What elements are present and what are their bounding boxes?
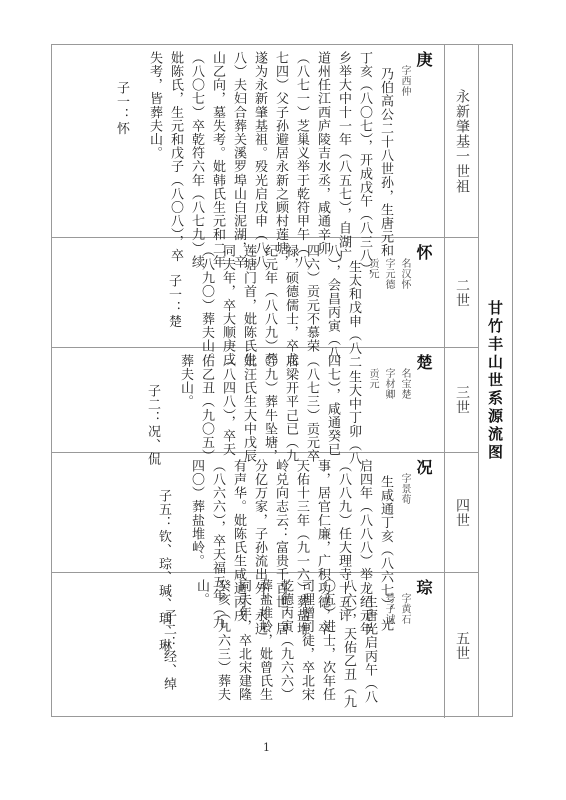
sons-list: 子一：楚 <box>163 244 184 341</box>
biography-line: 分亿万家，子孙流出外，永远 <box>249 459 270 566</box>
person-given-name: 名汉怀 <box>396 244 412 341</box>
biography-line: 八六），天佑乙丑（九 <box>338 579 359 712</box>
genealogy-table: 甘竹丰山世系源流图 永新肇基一世祖 庚 字西仲 乃伯高公二十八世孙，生唐元和 丁… <box>51 44 513 717</box>
page-number: 1 <box>263 741 270 754</box>
biography-line: 佑乙丑（九〇五） <box>196 354 217 446</box>
biography-line: 四七），咸通癸已 <box>322 354 343 446</box>
biography-line: 四六）贡元不慕荣 <box>301 244 322 341</box>
biography-line: 八）夫妇合葬关溪罗埠山白泥湖，辛 <box>228 51 249 231</box>
biography-line: 山。 <box>191 579 212 712</box>
biography-line: 癸亥（九六三）葬夫 <box>212 579 233 712</box>
generation-row-4: 四世 况 字景荀 生咸通丁亥（八六七），光 启四年（八八八）举龙纪元年 （八八九… <box>52 453 479 573</box>
document-title: 甘竹丰山世系源流图 <box>485 300 506 462</box>
biography-line: 生唐光启丙午（八 <box>359 579 380 712</box>
generation-entry: 琮 字黄石 号子诚 生唐光启丙午（八 八六），天佑乙丑（九 〇五）进士，次年任 … <box>52 573 444 718</box>
person-courtesy-name: 字材卿 <box>380 354 396 446</box>
generation-label-cell: 永新肇基一世祖 <box>444 45 479 237</box>
biography-line: （八七三）贡元卒 <box>301 354 322 446</box>
biography-line: 同夫年，卒大顺庚戌 <box>217 244 238 341</box>
person-name: 楚 <box>412 354 434 446</box>
biography-line: 事，居官仁廉，广积功德，卒 <box>312 459 333 566</box>
biography-line: 莲塘门首，妣陈氏生 <box>238 244 259 341</box>
biography-line: 乾德丙寅（九六六） <box>275 579 296 712</box>
generation-entry: 楚 名宝楚 字材卿 贡元 生大中丁卯（八 四七），咸通癸已 （八七三）贡元卒 后… <box>52 348 444 452</box>
biography-line: （八七一）芝巢义举于乾符甲午（八 <box>291 51 312 231</box>
biography-line: 天佑十三年（九一六）葬盐堆 <box>291 459 312 566</box>
person-courtesy-name: 字元德 <box>380 244 396 341</box>
biography-line: 遂为永新肇基祖。殁光启戊申（八八 <box>249 51 270 231</box>
generation-row-3: 三世 楚 名宝楚 字材卿 贡元 生大中丁卯（八 四七），咸通癸已 （八七三）贡元… <box>52 348 479 453</box>
generation-label-cell: 四世 <box>444 453 479 572</box>
biography-line: 生大中丁卯（八 <box>343 354 364 446</box>
biography-line: 启四年（八八八）举龙纪元年 <box>354 459 375 566</box>
biography-line: 妣汪氏生大中戊辰 <box>238 354 259 446</box>
biography-line: 八），会昌丙寅（八 <box>322 244 343 341</box>
biography-line: 葬盐堆岭，妣曾氏生 <box>254 579 275 712</box>
biography-line: 丁亥（八〇七），开成戊午（八三八）， <box>354 51 375 231</box>
person-name: 况 <box>412 459 434 566</box>
generation-label: 三世 <box>452 385 472 415</box>
biography-line: 〇五）进士，次年任 <box>317 579 338 712</box>
generation-label: 五世 <box>452 631 472 661</box>
biography-line: 纪元年（八八九）葬 <box>259 244 280 341</box>
person-name: 怀 <box>412 244 434 341</box>
sons-list: 子二：经、绰 <box>158 579 179 712</box>
person-given-name: 名宝楚 <box>396 354 412 446</box>
generation-entry: 怀 名汉怀 字元德 贡元 生太和戊申（八二 八），会昌丙寅（八 四六）贡元不慕荣… <box>52 238 444 347</box>
person-courtesy-name: 字西仲 <box>396 51 412 231</box>
person-art-name: 号子诚 <box>380 579 396 712</box>
biography-line: 乃伯高公二十八世孙，生唐元和 <box>375 51 396 231</box>
generation-label: 永新肇基一世祖 <box>452 89 472 194</box>
biography-line: 后梁开平己已（九 <box>280 354 301 446</box>
person-title: 贡元 <box>364 354 380 446</box>
biography-line: 山乙向，墓失考。妣韩氏生元和二年 <box>207 51 228 231</box>
biography-line: 〇九）葬牛坠塘， <box>259 354 280 446</box>
biography-line: （八八九）任大理寺十五评 <box>333 459 354 566</box>
generation-entry: 庚 字西仲 乃伯高公二十八世孙，生唐元和 丁亥（八〇七），开成戊午（八三八）， … <box>52 45 444 237</box>
biography-line: （八九〇）葬夫山。 <box>196 244 217 341</box>
biography-line: （八〇七）卒乾符六年（八七九）续 <box>186 51 207 231</box>
person-title: 贡元 <box>364 244 380 341</box>
generation-row-2: 二世 怀 名汉怀 字元德 贡元 生太和戊申（八二 八），会昌丙寅（八 四六）贡元… <box>52 238 479 348</box>
generation-label-cell: 五世 <box>444 573 479 718</box>
biography-line: 岭兑向志云：富贵千百世，居 <box>270 459 291 566</box>
biography-line: 葬夫山。 <box>175 354 196 446</box>
biography-line: 有声华。妣陈氏生咸通丙戌 <box>228 459 249 566</box>
biography-line: 同夫年，卒北宋建隆 <box>233 579 254 712</box>
title-column: 甘竹丰山世系源流图 <box>478 45 512 716</box>
biography-line: 禄，硕德儒士，卒龙 <box>280 244 301 341</box>
biography-line: 失考，皆葬夫山。 <box>144 51 165 231</box>
person-courtesy-name: 字景荀 <box>396 459 412 566</box>
sons-list: 子一：怀 <box>111 51 132 231</box>
generation-entry: 况 字景荀 生咸通丁亥（八六七），光 启四年（八八八）举龙纪元年 （八八九）任大… <box>52 453 444 572</box>
biography-line: 道州任江西庐陵吉水丞，咸通辛卯 <box>312 51 333 231</box>
generation-row-1: 永新肇基一世祖 庚 字西仲 乃伯高公二十八世孙，生唐元和 丁亥（八〇七），开成戊… <box>52 45 479 238</box>
generation-label-cell: 二世 <box>444 238 479 347</box>
biography-line: （八四八），卒天 <box>217 354 238 446</box>
biography-line: 司理赠司徒，卒北宋 <box>296 579 317 712</box>
generation-row-5: 五世 琮 字黄石 号子诚 生唐光启丙午（八 八六），天佑乙丑（九 〇五）进士，次… <box>52 573 479 718</box>
person-name: 庚 <box>412 51 434 231</box>
generation-label-cell: 三世 <box>444 348 479 452</box>
person-courtesy-name: 字黄石 <box>396 579 412 712</box>
biography-line: 乡举大中十一年（八五七），自湖广 <box>333 51 354 231</box>
biography-line: （八六六），卒天福五年（九 <box>207 459 228 566</box>
generation-label: 四世 <box>452 498 472 528</box>
biography-line: 七四）父子孙避居永新之顾村莲塘， <box>270 51 291 231</box>
biography-line: 妣陈氏，生元和戊子（八〇八），卒 <box>165 51 186 231</box>
biography-line: 生咸通丁亥（八六七），光 <box>375 459 396 566</box>
biography-line: 四〇）葬盐堆岭。 <box>186 459 207 566</box>
sons-list: 子五：钦、琮、瑊、瑀、琳 <box>153 459 174 566</box>
biography-line: 生太和戊申（八二 <box>343 244 364 341</box>
person-name: 琮 <box>412 579 434 712</box>
generation-label: 二世 <box>452 278 472 308</box>
sons-list: 子二：况、侃 <box>142 354 163 446</box>
